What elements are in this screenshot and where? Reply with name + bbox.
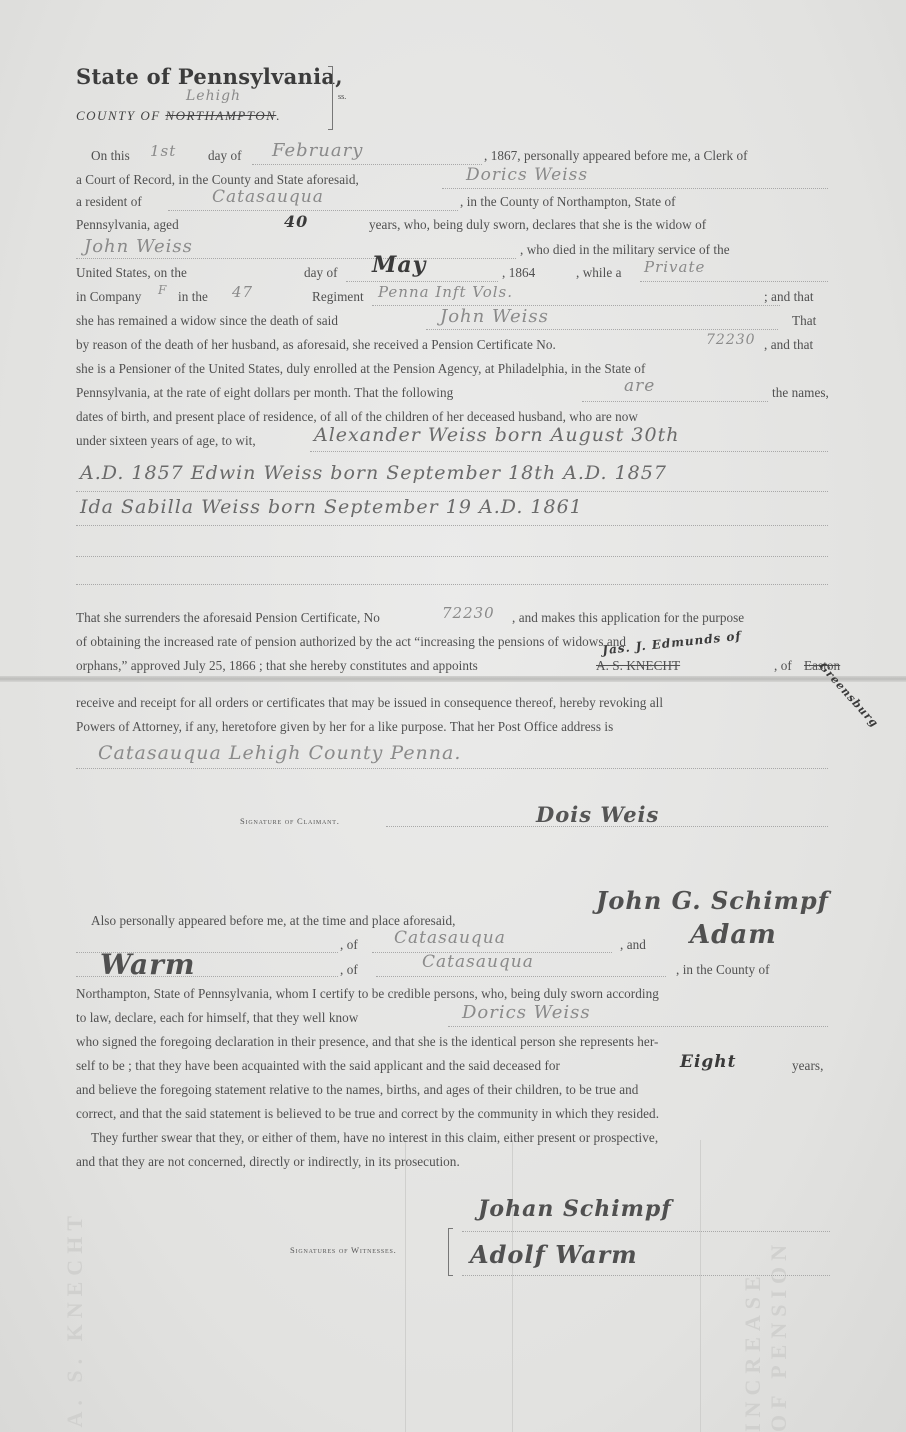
text-line: and that they are not concerned, directl…	[76, 1154, 460, 1170]
horizontal-fold	[0, 676, 906, 682]
attorney-handwritten: Jas. J. Edmunds of	[602, 629, 743, 658]
field-line	[76, 556, 828, 557]
witness2-place: Catasauqua	[422, 952, 534, 972]
text-line: Pennsylvania, aged	[76, 217, 179, 233]
text-line: They further swear that they, or either …	[91, 1130, 658, 1146]
field-line	[462, 1275, 830, 1276]
brace	[448, 1228, 453, 1276]
text-line: , and	[620, 937, 646, 953]
text-line: , and makes this application for the pur…	[512, 610, 744, 626]
text-line: in Company	[76, 289, 141, 305]
text-line: , of	[340, 937, 358, 953]
field-line	[442, 188, 828, 189]
fold-line	[700, 1140, 701, 1432]
text-line: in the	[178, 289, 208, 305]
text-line: self to be ; that they have been acquain…	[76, 1058, 560, 1074]
field-line	[76, 258, 516, 259]
reverse-bleed-left: A. S. KNECHT	[62, 1210, 88, 1427]
day-field: 1st	[150, 142, 176, 160]
text-line: and believe the foregoing statement rela…	[76, 1082, 638, 1098]
text-line: a resident of	[76, 194, 142, 210]
field-line	[168, 210, 458, 211]
rank-field: Private	[644, 258, 705, 276]
text-line: who signed the foregoing declaration in …	[76, 1034, 658, 1050]
signatures-witnesses-label: Signatures of Witnesses.	[290, 1245, 397, 1255]
husband-name-field-2: John Weiss	[440, 306, 549, 327]
text-line: years,	[792, 1058, 823, 1074]
brace	[328, 66, 333, 130]
child-entry: A.D. 1857 Edwin Weiss born September 18t…	[80, 462, 667, 484]
field-line	[76, 768, 828, 769]
field-line	[462, 1231, 830, 1232]
month-field: February	[272, 140, 363, 161]
text-line: day of	[208, 148, 242, 164]
text-line: Pennsylvania, at the rate of eight dolla…	[76, 385, 453, 401]
witness-signature-2: Adolf Warm	[470, 1240, 638, 1269]
fold-line	[405, 1140, 406, 1432]
field-line	[310, 451, 828, 452]
company-field: F	[158, 283, 167, 297]
post-office-field: Catasauqua Lehigh County Penna.	[98, 742, 461, 764]
text-line: Powers of Attorney, if any, heretofore g…	[76, 719, 613, 735]
text-line: , who died in the military service of th…	[520, 242, 730, 258]
field-line	[376, 976, 666, 977]
text-line: , of	[340, 962, 358, 978]
witness-signature-1: Johan Schimpf	[478, 1196, 672, 1222]
text-line: Regiment	[312, 289, 364, 305]
witness1-name: John G. Schimpf	[596, 886, 829, 915]
text-line: Northampton, State of Pennsylvania, whom…	[76, 986, 659, 1002]
text-line: , in the County of Northampton, State of	[460, 194, 676, 210]
text-line: , of	[774, 658, 792, 674]
county-handwritten: Lehigh	[186, 88, 241, 104]
field-line	[76, 491, 828, 492]
text-line: the names,	[772, 385, 829, 401]
text-line: to law, declare, each for himself, that …	[76, 1010, 358, 1026]
county-struck: NORTHAMPTON	[165, 108, 276, 123]
certificate-number-field: 72230	[706, 332, 756, 348]
regiment-field: Penna Inft Vols.	[378, 283, 513, 301]
child-entry: Ida Sabilla Weiss born September 19 A.D.…	[80, 496, 583, 518]
reverse-bleed-right: INCREASE OF PENSION	[740, 1220, 792, 1432]
ss-mark: ss.	[338, 92, 346, 101]
years-known-field: Eight	[680, 1052, 737, 1072]
field-line	[640, 281, 828, 282]
text-line: Also personally appeared before me, at t…	[91, 913, 455, 929]
text-line: correct, and that the said statement is …	[76, 1106, 659, 1122]
pension-declaration-page: A. S. KNECHT INCREASE OF PENSION State o…	[0, 0, 906, 1432]
state-title: State of Pennsylvania,	[76, 64, 343, 89]
text-line: , while a	[576, 265, 622, 281]
field-line	[582, 401, 768, 402]
text-line: by reason of the death of her husband, a…	[76, 337, 556, 353]
age-field: 40	[284, 212, 308, 231]
are-field: are	[624, 376, 655, 396]
field-line	[372, 305, 780, 306]
field-line	[76, 584, 828, 585]
text-line: , 1867, personally appeared before me, a…	[484, 148, 748, 164]
text-line: , and that	[764, 337, 813, 353]
claimant-signature: Dois Weis	[536, 802, 659, 827]
county-line: COUNTY OF NORTHAMPTON.	[76, 108, 281, 124]
text-line: dates of birth, and present place of res…	[76, 409, 638, 425]
child-entry: Alexander Weiss born August 30th	[314, 424, 679, 446]
text-line: she has remained a widow since the death…	[76, 313, 338, 329]
certificate-number-field-2: 72230	[442, 604, 495, 622]
signature-claimant-label: Signature of Claimant.	[240, 816, 340, 826]
residence-field: Catasauqua	[212, 187, 324, 207]
field-line	[76, 525, 828, 526]
husband-name-field: John Weiss	[84, 236, 193, 257]
attorney-struck: A. S. KNECHT	[596, 658, 680, 674]
text-line: orphans,” approved July 25, 1866 ; that …	[76, 658, 478, 674]
text-line: of obtaining the increased rate of pensi…	[76, 634, 626, 650]
text-line: she is a Pensioner of the United States,…	[76, 361, 645, 377]
field-line	[448, 1026, 828, 1027]
text-line: , in the County of	[676, 962, 770, 978]
known-person-field: Dorics Weiss	[462, 1002, 591, 1023]
text-line: That she surrenders the aforesaid Pensio…	[76, 610, 380, 626]
field-line	[252, 164, 482, 165]
field-line	[426, 329, 778, 330]
witness2-last: Warm	[100, 948, 196, 981]
claimant-name-field: Dorics Weiss	[466, 165, 588, 185]
death-month-field: May	[372, 252, 426, 278]
text-line: under sixteen years of age, to wit,	[76, 433, 256, 449]
text-line: On this	[91, 148, 130, 164]
witness2-first: Adam	[690, 920, 777, 950]
text-line: day of	[304, 265, 338, 281]
text-line: receive and receipt for all orders or ce…	[76, 695, 663, 711]
margin-note: Greensburg	[816, 660, 881, 730]
text-line: That	[792, 313, 816, 329]
field-line	[346, 281, 498, 282]
text-line: a Court of Record, in the County and Sta…	[76, 172, 359, 188]
text-line: , 1864	[502, 265, 535, 281]
text-line: years, who, being duly sworn, declares t…	[369, 217, 706, 233]
fold-line	[512, 1140, 513, 1432]
regiment-number-field: 47	[232, 283, 253, 301]
witness1-place: Catasauqua	[394, 928, 506, 948]
text-line: ; and that	[764, 289, 814, 305]
text-line: United States, on the	[76, 265, 187, 281]
